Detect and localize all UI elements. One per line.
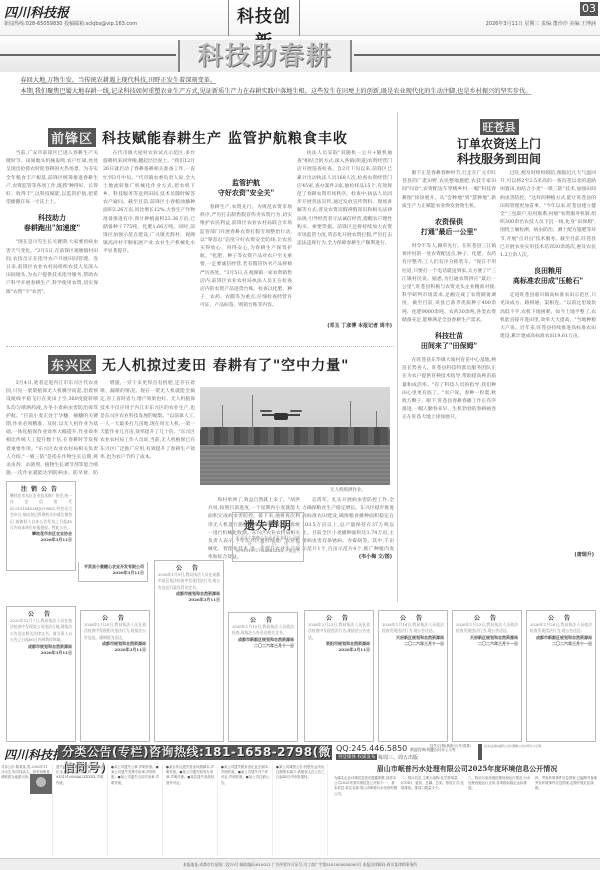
date-editor-line: 2026年3月11日 星期三 责编:董沙沙 美编:王博涵 bbox=[400, 20, 596, 27]
dongxing-col-2: 增施,一旁干来更厚点有机肥,还存在着喷、漏喷的情况。现在一架无人机就能全搞定,省… bbox=[100, 380, 195, 508]
lost-statement-title: 遗失声明 bbox=[236, 517, 300, 533]
public-notice-signer: 成都市新都区规划和自然资源局 bbox=[530, 635, 592, 641]
lost-statement: 遗失声明 平武县小蜜糖心农业开发有限公司统一社会信用代码:91510727MA6… bbox=[232, 512, 304, 562]
public-notice-title: 公 告 bbox=[84, 613, 146, 622]
drone-body bbox=[274, 413, 288, 420]
public-notice-date: 二〇二六年三月十一日 bbox=[232, 643, 294, 649]
dongxing-body-2: 增施,一旁干来更厚点有机肥,还存在着喷、漏喷的情况。现在一架无人机就能全搞定,省… bbox=[100, 380, 195, 462]
qianfeng-byline: (邓玉 丁彦博 本报记者 周丰) bbox=[300, 322, 392, 329]
qianfeng-col-3: 监管护航 守好农资"安全关" 春耕生产,农资先行。为规范农资市场秩序,严厉打击制… bbox=[200, 150, 292, 328]
wangcang-header: 旺苍县 订单农资送上门 科技服务到田间 bbox=[402, 116, 596, 167]
lost-statement-signature: 平武县小蜜糖心农业开发有限公司 2026年3月11日 bbox=[78, 562, 148, 582]
ad-qq-number: QQ:245.446.5850 欢迎咨询刊登 bbox=[336, 744, 434, 753]
public-notice-title: 公 告 bbox=[530, 613, 592, 622]
public-notice-signer: 成都市新都区规划和自然资源局 bbox=[232, 637, 294, 643]
wangcang-body-1: 眼下正是春耕春种时节,行走在广元市旺苍县的广袤田野,农民整地施肥,农技专家田间"… bbox=[402, 170, 496, 211]
drone-rotor bbox=[290, 410, 302, 412]
wangcang-subhead-3: 科技壮苗 田间来了"田保姆" bbox=[402, 331, 496, 351]
env-col-3: 三、防治污染设施的建设和运行情况 污水处理设施运行正常,各项指标稳定达标排放。 bbox=[468, 776, 532, 854]
topic-banner: 科技助春耕 bbox=[0, 40, 600, 72]
wangcang-col-2: 过旺,便及时组织喷防,根据近几天气温回升,可以将2至2.5米高的一条沟垄以北的道… bbox=[500, 170, 596, 548]
cancel-notice-text: 攀枝花市东区农业技术推广协会,统一社会信用代码:51510402MJQ79081… bbox=[10, 493, 72, 531]
public-notice-title: 公 告 bbox=[232, 615, 294, 624]
public-notice-text: 2026年1月9日,我局执法人员在成都市某区依法检查中发现违法行为,现公告送达行… bbox=[158, 572, 220, 591]
lost-statement-date: 2026年3月11日 bbox=[82, 570, 144, 576]
ad-hotline-banner: 分类公告(专栏)咨询热线:181-1658-2798(微信同号) bbox=[58, 745, 332, 760]
wangcang-byline: (唐瑞升) bbox=[500, 551, 594, 558]
public-notice-3: 公 告 2026年1月9日,我局执法人员在成都市某区依法检查中发现违法行为,现公… bbox=[154, 560, 224, 742]
missing-person-photo bbox=[30, 774, 52, 794]
wangcang-headline-line-2: 科技服务到田间 bbox=[402, 152, 596, 167]
dongxing-headline: 东兴区无人机掠过麦田 春耕有了"空中力量" bbox=[48, 355, 349, 375]
public-notice-text: 2026年1月23日,我局执法人员依法检查发现违法行为,现公告送达。 bbox=[456, 622, 518, 635]
qianfeng-col-4: 执法人员采取"双随机一公开+随机抽查"相结合的方式,深入各镇(街道)农资经营门店… bbox=[297, 150, 392, 320]
section-title: 科技创新 KE JI CHUANG XIN bbox=[228, 0, 300, 36]
public-notice-7: 公 告 2026年1月23日,我局执法人员依法检查发现违法行为,现公告送达。 天… bbox=[452, 610, 522, 742]
newspaper-logo: 四川科技报 bbox=[4, 2, 69, 21]
qianfeng-subhead-1: 科技助力 春耕跑出"加速度" bbox=[6, 213, 98, 233]
public-notice-text: 2026年1月20日,我局执法人员在依法检查中发现相关违法行为,现依法公告送达。… bbox=[84, 622, 146, 641]
qianfeng-headline: 前锋区科技赋能春耕生产 监管护航粮食丰收 bbox=[48, 128, 348, 148]
drone-rotor bbox=[260, 410, 272, 412]
public-notice-title: 公 告 bbox=[456, 613, 518, 622]
public-notice-4: 公 告 2026年1月10日,我局执法人员依法检查,现依法公告送达相关文书。 成… bbox=[228, 612, 298, 742]
news-hotline: 新闻热线:028-65059830 投稿邮箱:sckjbs@vip.163.co… bbox=[4, 20, 137, 27]
cancel-notice-date: 2026年3月11日 bbox=[10, 537, 72, 543]
public-notice-text: 2026年1月16日,我局执法人员依法检查发现违法行为,现公告送达。 bbox=[382, 622, 444, 635]
page-footer: 本报地址:成都市红星路二段70号 邮政编码:610012 广告经营许可证号:川工… bbox=[0, 858, 600, 870]
wangcang-body-5: 在旺苍县东华镇大坡村育苗中心基地,秧苗长势喜人。旺苍县科技特派员服务团队正在为农… bbox=[402, 357, 496, 423]
wangcang-body-3: 过旺,便及时组织喷防,根据近几天气温回升,可以将2至2.5米高的一条沟垄以北的道… bbox=[500, 170, 596, 260]
classified-col-5: ●某公司遗失税务登记证正副本,声明作废。●某公司遗失开户许可证,声明作废。●某公… bbox=[220, 764, 273, 856]
qianfeng-body-5: 执法人员采取"双随机一公开+随机抽查"相结合的方式,深入各镇(街道)农资经营门店… bbox=[297, 150, 392, 248]
wangcang-subhead-1: 农资保供 打通"最后一公里" bbox=[402, 217, 496, 237]
qianfeng-col-1: 当前,广安市前锋区已进入春耕生产关键时节。田间地头机械轰鸣,农户忙碌,处处呈现出… bbox=[6, 150, 98, 328]
ad-media-badge: 刊登媒体 权威发布 bbox=[336, 754, 377, 760]
env-col-2: 二、排污信息 主要污染物:化学需氧量(COD)、氨氮、总磷、总氮。排放方式:连续… bbox=[401, 776, 465, 854]
classified-col-2: 遗失公告:某某公司遗失营业执照正本,统一社会信用代码91510100MA62XX… bbox=[55, 764, 108, 856]
dongxing-col-4: 志湾军。扎实开展病虫害防控工作,全力确保粮食生产稳定增长。东兴区稳步推进高标准农… bbox=[302, 497, 394, 551]
page-number: 03 bbox=[580, 2, 598, 16]
banner-rule-right bbox=[354, 54, 600, 56]
wangcang-subhead-2: 良田粮用 高标准农田成"压舱石" bbox=[500, 266, 596, 286]
public-notice-date: 二〇二六年三月十一日 bbox=[382, 641, 444, 647]
qianfeng-body-3: 在代市镇大屋村农业试点示范区,多台旋耕机来回穿梭,翻起层层泥土。"我们12月26… bbox=[103, 150, 195, 257]
environmental-disclosure: 眉山市岷普污水处理有限公司2025年度环境信息公开情况 为落实企业环境信息依法披… bbox=[334, 764, 600, 856]
public-notice-title: 公 告 bbox=[158, 563, 220, 572]
classified-col-6: ●某公司减资公告:经股东会决议,注册资本减少,请债权人自公告之日起45日内申报债… bbox=[275, 764, 328, 856]
intro: 春回大地,万物生发。当传统农耕遇上现代科技,田野正发生着深刻变革。 本期,我们聚… bbox=[8, 75, 596, 97]
qianfeng-body-1: 当前,广安市前锋区已进入春耕生产关键时节。田间地头机械轰鸣,农户忙碌,处处呈现出… bbox=[6, 150, 98, 207]
photo-caption: 无人机喷洒作业。 bbox=[330, 487, 366, 493]
wangcang-body-4: 走进旺苍县嘉川镇高标准农田示范区,只见田成方、路相通、渠相连。"以前这里坡坎高低… bbox=[500, 292, 596, 341]
public-notice-5: 公 告 2026年2月23日,我局执法人员在依法检查中发现违法行为,现依法公告送… bbox=[304, 610, 374, 742]
qianfeng-body-4: 春耕生产,农资先行。为规范农资市场秩序,严厉打击制售假冒伪劣农资行为,切实维护农… bbox=[200, 204, 292, 311]
district-tag-dongxing: 东兴区 bbox=[48, 355, 96, 374]
ad-publish-days: 每周三、周五出版 bbox=[378, 754, 418, 761]
public-notice-text: 2026年1月10日,我局执法人员依法检查,现依法公告送达相关文书。 bbox=[232, 624, 294, 637]
dongxing-body-4: 志湾军。扎实开展病虫害防控工作,全力确保粮食生产稳定增长。东兴区稳步推进高标准农… bbox=[302, 497, 394, 551]
district-tag-wangcang: 旺苍县 bbox=[480, 119, 519, 135]
lost-statement-text: 平武县小蜜糖心农业开发有限公司统一社会信用代码:91510727MA6BXXXX… bbox=[236, 535, 300, 553]
public-notice-8: 公 告 2026年1月26日,我局执法人员依法检查发现违法行为,现公告送达。 成… bbox=[526, 610, 596, 742]
dongxing-byline: (韦小梅 文/图) bbox=[302, 553, 392, 560]
drone-icon bbox=[260, 409, 302, 421]
public-notice-date: 二〇二六年三月十一日 bbox=[456, 641, 518, 647]
section-divider bbox=[6, 346, 394, 347]
classified-col-1: 寻亲公告:陈某某,男,2002年11月出生,现寻找亲人。如有知情者,请联系当地派… bbox=[0, 764, 53, 856]
qianfeng-subhead-2: 监管护航 守好农资"安全关" bbox=[200, 178, 292, 198]
public-notice-date: 2026年3月11日 bbox=[10, 650, 72, 656]
public-notice-text: 2026年1月26日,我局执法人员依法检查发现违法行为,现公告送达。 bbox=[530, 622, 592, 635]
dongxing-headline-text: 无人机掠过麦田 春耕有了"空中力量" bbox=[102, 358, 349, 374]
classified-col-3: ●某公司遗失公章,声明作废。●某公司遗失发票专用章,声明作废。●某公司遗失合同专… bbox=[110, 764, 163, 856]
cancel-notice: 注销公告 攀枝花市东区农业技术推广协会,统一社会信用代码:51510402MJQ… bbox=[6, 481, 76, 571]
intro-paragraph-2: 本期,我们聚焦巴蜀大地春耕一线,记录科技如何重塑农业生产方式,见证新质生产力在春… bbox=[8, 86, 596, 97]
public-notice-2: 公 告 2026年1月20日,我局执法人员在依法检查中发现相关违法行为,现依法公… bbox=[80, 610, 150, 742]
qq-text: QQ:245.446.5850 bbox=[336, 744, 407, 753]
column-divider bbox=[397, 112, 398, 602]
public-notice-6: 公 告 2026年1月16日,我局执法人员依法检查发现违法行为,现公告送达。 天… bbox=[378, 610, 448, 742]
public-notice-date: 2026年3月11日 bbox=[84, 647, 146, 653]
classified-col-4: ●某合作社遗失营业执照副本,声明作废。●某公司遗失财务专用章,声明作废。●某店遗… bbox=[165, 764, 218, 856]
public-notice-title: 公 告 bbox=[308, 613, 370, 622]
env-col-4: 四、突发环境事件应急预案 已编制并备案突发环境事件应急预案,定期开展应急演练。 bbox=[535, 776, 599, 854]
public-notice-title: 公 告 bbox=[10, 609, 72, 618]
public-notice-date: 2026年3月11日 bbox=[308, 647, 370, 653]
public-notice-date: 二〇二六年三月十一日 bbox=[530, 641, 592, 647]
public-notice-title: 公 告 bbox=[382, 613, 444, 622]
qianfeng-headline-text: 科技赋能春耕生产 监管护航粮食丰收 bbox=[102, 131, 348, 147]
dongxing-col-1: 3月4日,笔者走进内江市东兴区代农业园,只见一架架植保无人机腾空而起,沿着预设航… bbox=[6, 380, 98, 478]
qianfeng-body-2: "现在是川雪生长关键期,大家要看病虫害天气变化。"3月5日,在前锋区观塘镇村田间… bbox=[6, 239, 98, 296]
tree-line bbox=[200, 427, 390, 445]
public-notice-1: 公 告 2025年12月7日,我局执法人员在依法检查中发现某公司违法占地,现依法… bbox=[6, 606, 76, 742]
wangcang-col-1: 眼下正是春耕春种时节,行走在广元市旺苍县的广袤田野,农民整地施肥,农技专家田间"… bbox=[402, 170, 496, 555]
wangcang-headline-line-1: 订单农资送上门 bbox=[402, 137, 596, 152]
ad-side-notes: 挂失/注销/减资/合并/清算/公告/环评公示等 bbox=[478, 744, 596, 760]
banner-rule-left bbox=[0, 54, 176, 56]
dongxing-body-1: 3月4日,笔者走进内江市东兴区代农业园,只见一架架植保无人机腾空而起,沿着预设航… bbox=[6, 380, 98, 478]
classified-ads: 寻亲公告:陈某某,男,2002年11月出生,现寻找亲人。如有知情者,请联系当地派… bbox=[0, 764, 332, 856]
public-notice-text: 2025年12月7日,我局执法人员在依法检查中发现某公司违法占地,现依法公告送达… bbox=[10, 618, 72, 644]
public-notice-text: 2026年2月23日,我局执法人员在依法检查中发现违法行为,现依法公告送达。 bbox=[308, 622, 370, 641]
env-col-1: 为落实企业环境信息依法披露制度,现将本公司2025年度环境信息公开如下:一、基本… bbox=[334, 776, 398, 854]
wheat-field bbox=[200, 445, 390, 485]
env-disclosure-title: 眉山市岷普污水处理有限公司2025年度环境信息公开情况 bbox=[334, 764, 600, 774]
intro-paragraph-1: 春回大地,万物生发。当传统农耕遇上现代科技,田野正发生着深刻变革。 bbox=[8, 75, 596, 86]
qianfeng-col-2: 在代市镇大屋村农业试点示范区,多台旋耕机来回穿梭,翻起层层泥土。"我们12月26… bbox=[103, 150, 195, 328]
district-tag-qianfeng: 前锋区 bbox=[48, 128, 96, 147]
cancel-notice-title: 注销公告 bbox=[10, 484, 72, 493]
banner-title: 科技助春耕 bbox=[178, 40, 352, 72]
masthead bbox=[0, 0, 600, 36]
drone-photo bbox=[200, 387, 390, 485]
public-notice-date: 2026年3月11日 bbox=[158, 597, 220, 603]
ad-logo: 四川科技报 bbox=[4, 746, 64, 763]
ad-service-list: 挂失/注销/减资/合并/清算/公告/环评公示等 bbox=[430, 744, 474, 760]
wangcang-body-2: 时令不等人,赖草先行。在旺苍县三江镇黄坪村的一处农资配送点,种子、化肥、农药有序… bbox=[402, 243, 496, 325]
